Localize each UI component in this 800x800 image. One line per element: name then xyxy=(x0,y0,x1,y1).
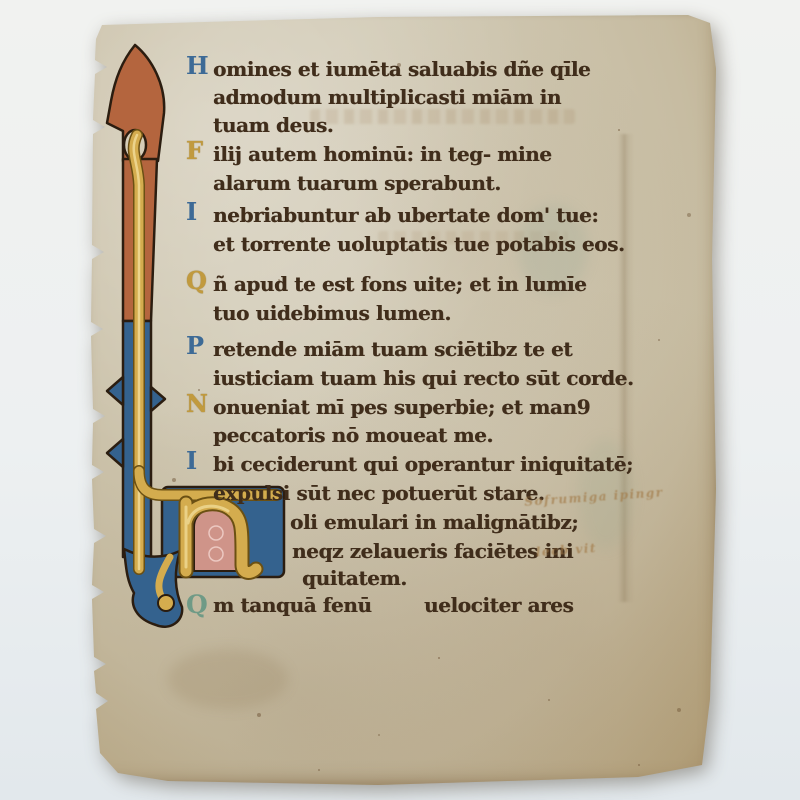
text-line: tuam deus. xyxy=(213,113,333,137)
text-line: Inebriabuntur ab ubertate dom' tue: xyxy=(213,203,598,227)
text-line: Qm tanquā fenū uelociter ares xyxy=(213,593,573,617)
versal-initial: N xyxy=(186,392,208,416)
gold-letter-highlight xyxy=(186,506,228,567)
bar-blue-segment xyxy=(123,321,151,557)
gold-stem-highlight xyxy=(134,135,139,569)
text-line: Filij autem hominū: in teg- mine xyxy=(213,142,552,166)
gold-stem-outline xyxy=(134,135,139,569)
line-text: peccatoris nō moueat me. xyxy=(213,423,493,447)
line-text: expulsi sūt nec potuerūt stare. xyxy=(213,481,544,505)
line-text: admodum multiplicasti miām in xyxy=(213,85,561,109)
line-text: ilij autem hominū: in teg- mine xyxy=(213,142,552,166)
rose-panel-filigree xyxy=(209,526,223,540)
bar-flare xyxy=(107,439,123,467)
versal-initial: F xyxy=(186,139,203,163)
text-line: Nonueniat mī pes superbie; et man9 xyxy=(213,395,590,419)
text-line: et torrente uoluptatis tue potabis eos. xyxy=(213,232,625,256)
rose-panel-filigree xyxy=(209,547,223,561)
bar-finial-leaf xyxy=(107,45,164,161)
gold-tail-hook xyxy=(159,557,170,601)
photo-background: Homines et iumēta saluabis dñe qīle admo… xyxy=(0,0,800,800)
text-line: iusticiam tuam his qui recto sūt corde. xyxy=(213,366,634,390)
text-line: Pretende miām tuam sciētibz te et xyxy=(213,337,572,361)
line-text: nebriabuntur ab ubertate dom' tue: xyxy=(213,203,598,227)
text-line: alarum tuarum sperabunt. xyxy=(213,171,501,195)
line-text: tuam deus. xyxy=(213,113,333,137)
line-text: tuo uidebimus lumen. xyxy=(213,301,451,325)
initial-N-rose-panel xyxy=(194,507,238,571)
line-text: alarum tuarum sperabunt. xyxy=(213,171,501,195)
line-text: retende miām tuam sciētibz te et xyxy=(213,337,572,361)
line-text: m tanquā fenū uelociter ares xyxy=(213,593,573,617)
text-line: quitatem. xyxy=(302,566,407,590)
parchment-stain xyxy=(168,649,288,709)
versal-initial: Q xyxy=(186,593,208,617)
bar-flare xyxy=(151,387,165,411)
annotation-line: lecb vit xyxy=(535,535,667,561)
versal-initial: I xyxy=(186,200,197,224)
finial-counter xyxy=(124,130,146,160)
showthrough-text xyxy=(310,109,575,124)
versal-initial: I xyxy=(186,449,197,473)
gold-letter-outline xyxy=(186,503,256,572)
gold-stem xyxy=(134,135,139,569)
text-line: Qñ apud te est fons uite; et in lumīe xyxy=(213,272,586,296)
text-line: tuo uidebimus lumen. xyxy=(213,301,451,325)
versal-initial: Q xyxy=(186,269,207,293)
line-text: et torrente uoluptatis tue potabis eos. xyxy=(213,232,625,256)
manuscript-leaf: Homines et iumēta saluabis dñe qīle admo… xyxy=(78,9,718,791)
bar-tail-cusp xyxy=(124,549,182,627)
line-text: quitatem. xyxy=(302,566,407,590)
bar-flare xyxy=(107,377,123,405)
gold-tail-curl xyxy=(158,595,174,611)
manuscript-leaf-wrapper: Homines et iumēta saluabis dñe qīle admo… xyxy=(78,9,718,791)
marginal-annotation: Sofrumiga ipingr lecb vit xyxy=(521,450,670,595)
text-line: admodum multiplicasti miām in xyxy=(213,85,561,109)
line-text: iusticiam tuam his qui recto sūt corde. xyxy=(213,366,634,390)
text-line: Homines et iumēta saluabis dñe qīle xyxy=(213,57,590,81)
line-text: ñ apud te est fons uite; et in lumīe xyxy=(213,272,586,296)
versal-initial: H xyxy=(186,54,209,78)
line-text: onueniat mī pes superbie; et man9 xyxy=(213,395,590,419)
text-line: expulsi sūt nec potuerūt stare. xyxy=(213,481,544,505)
parchment-speckles xyxy=(78,9,80,11)
text-line: peccatoris nō moueat me. xyxy=(213,423,493,447)
bar-salmon-segment xyxy=(123,159,157,321)
line-text: omines et iumēta saluabis dñe qīle xyxy=(213,57,590,81)
gold-letter-N xyxy=(186,503,256,572)
annotation-line: Sofrumiga ipingr xyxy=(524,484,664,511)
versal-initial: P xyxy=(186,334,204,358)
